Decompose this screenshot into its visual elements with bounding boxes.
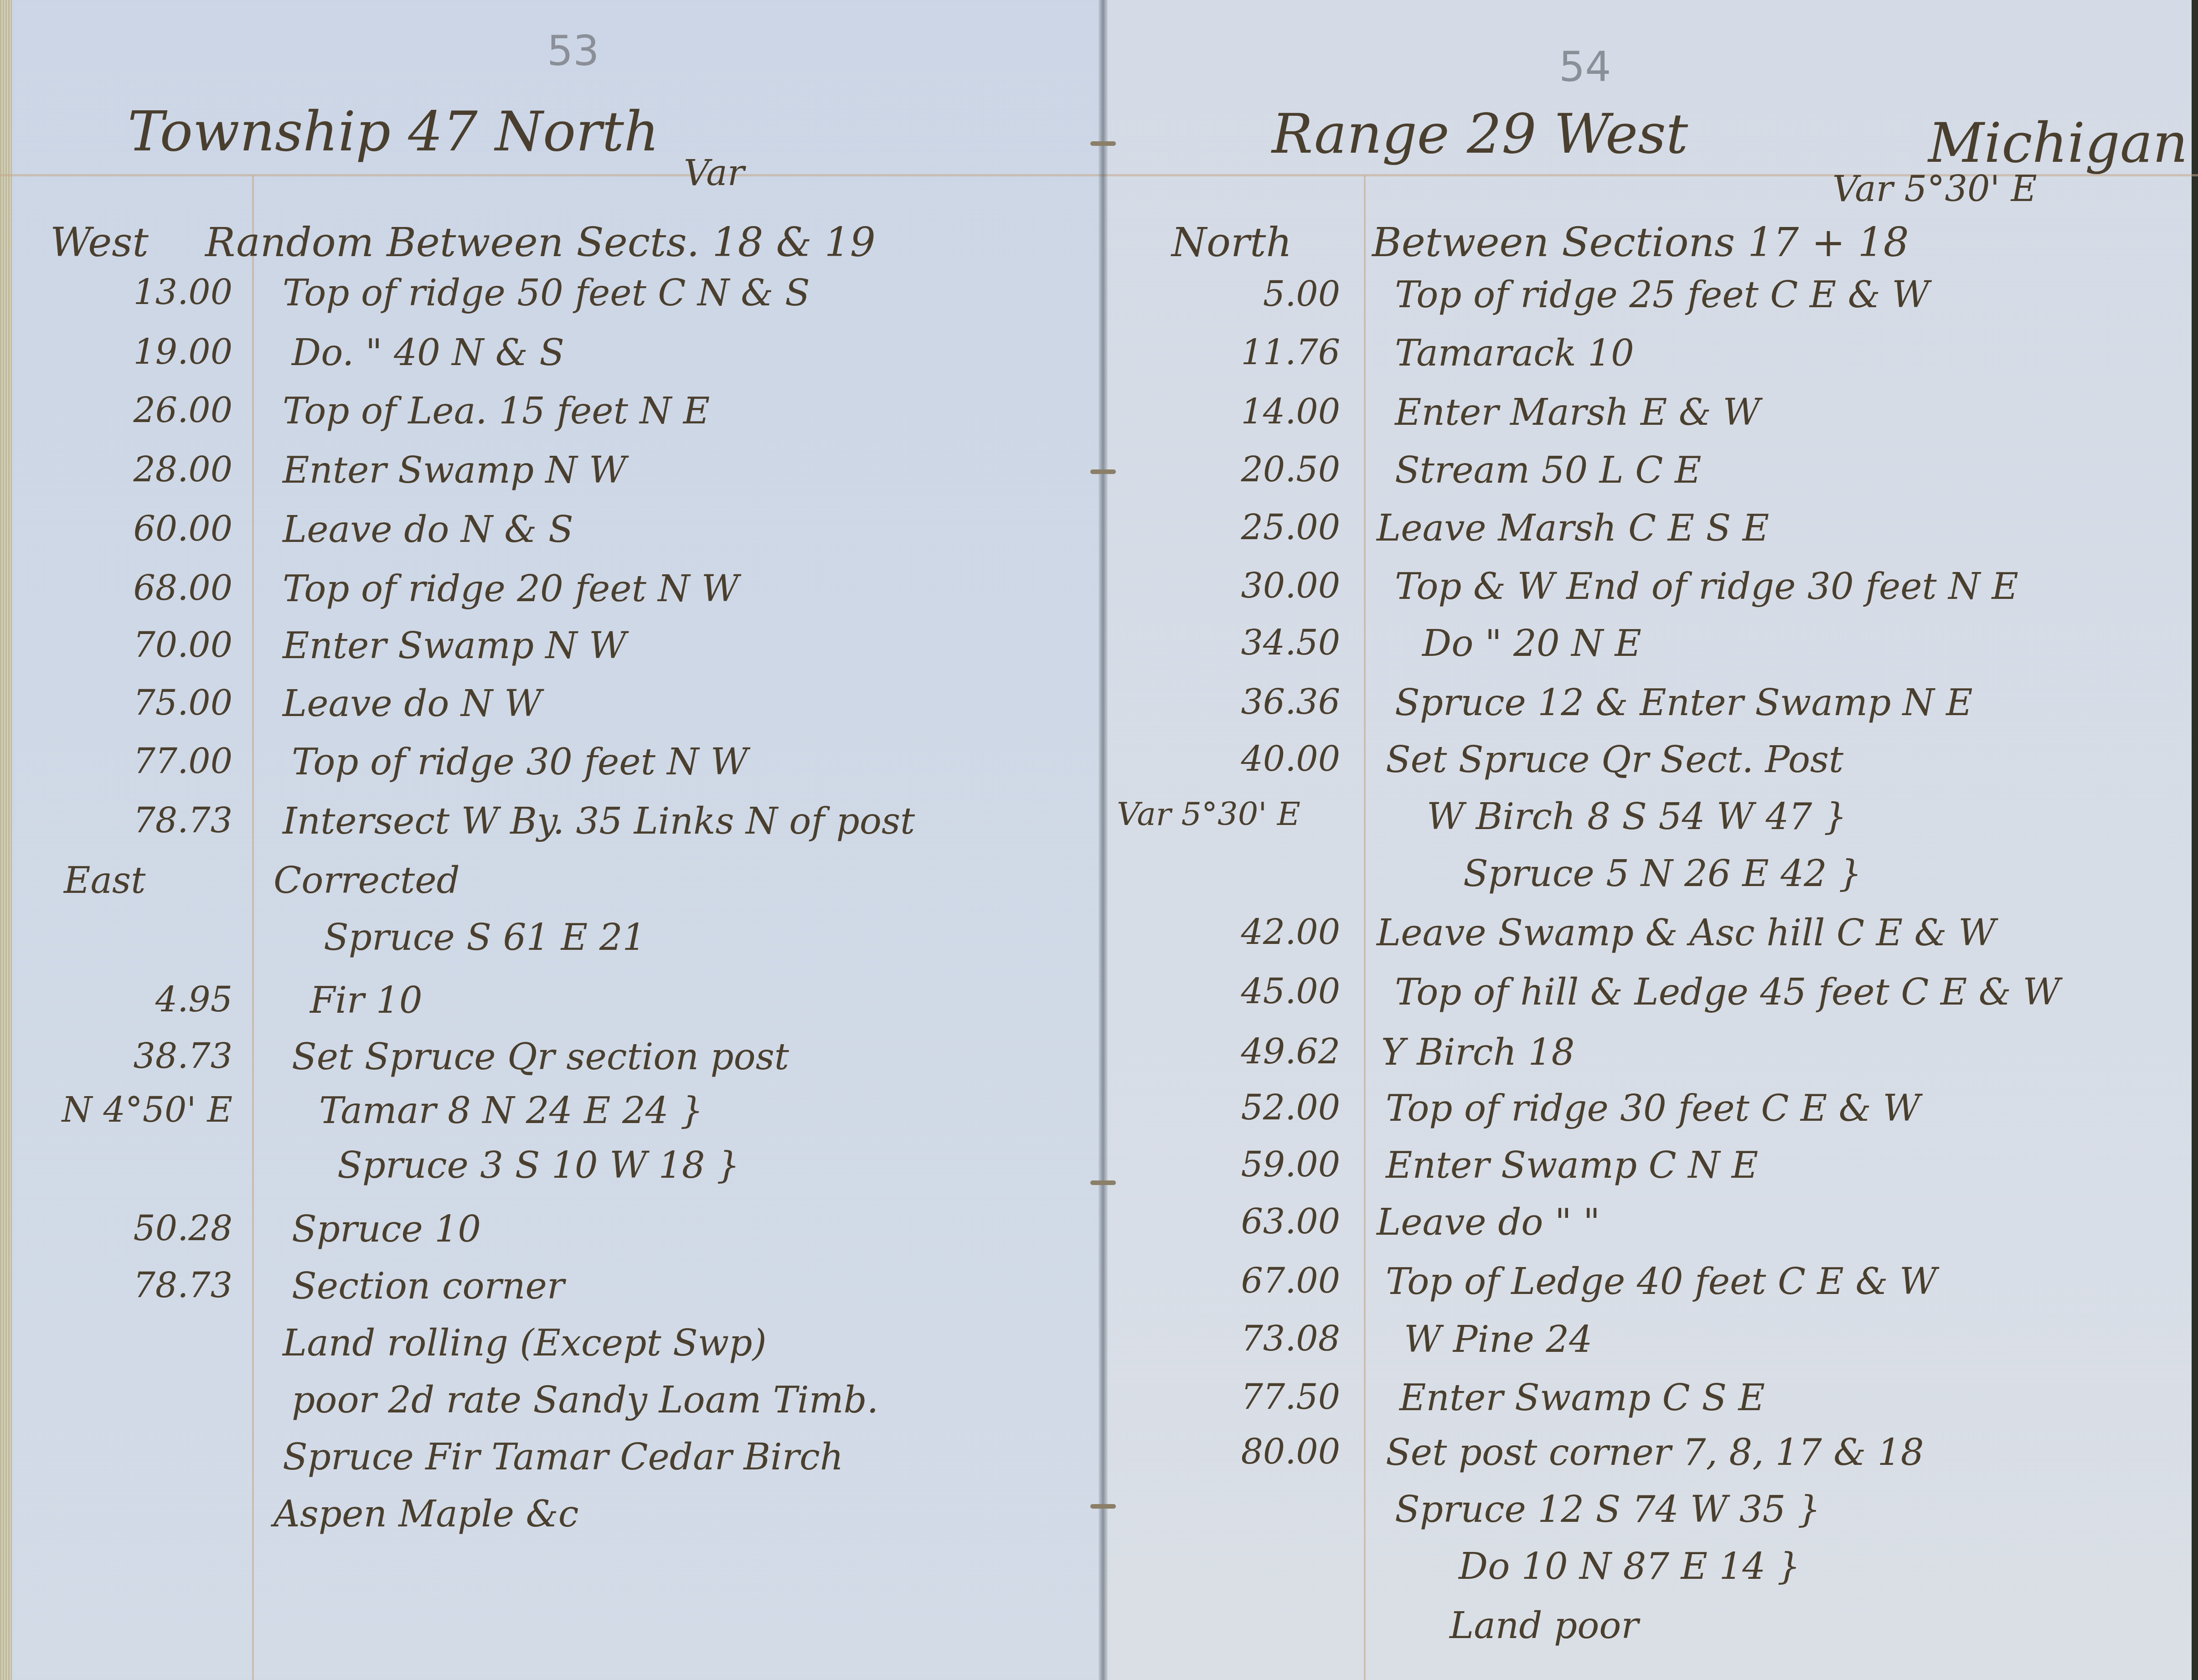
entry-chains: 38.73 — [41, 1036, 232, 1076]
entry-chains: 80.00 — [1149, 1431, 1340, 1472]
entry-chains: 52.00 — [1149, 1087, 1340, 1128]
remarks-line: poor 2d rate Sandy Loam Timb. — [292, 1379, 878, 1421]
page-title: Range 29 West — [1272, 103, 1688, 166]
entry-note: Do " 20 N E — [1422, 622, 1641, 665]
entry-note: Enter Swamp C S E — [1399, 1376, 1765, 1419]
entry-note: Intersect W By. 35 Links N of post — [283, 800, 915, 842]
entry-chains: 26.00 — [41, 390, 232, 430]
entry-note: Leave Swamp & Asc hill C E & W — [1377, 912, 1996, 954]
margin-rule — [252, 175, 254, 1680]
entry-note: Top of Lea. 15 feet N E — [283, 390, 710, 432]
entry-note: Do. " 40 N & S — [292, 331, 564, 374]
page-edge — [0, 0, 12, 1680]
entry-chains: 20.50 — [1149, 449, 1340, 490]
entry-note: Tamarack 10 — [1395, 332, 1634, 374]
header-rule — [0, 174, 1103, 176]
entry-note: Top of ridge 30 feet C E & W — [1386, 1087, 1920, 1129]
entry-chains: 67.00 — [1149, 1260, 1340, 1301]
entry-note: Enter Swamp C N E — [1386, 1144, 1758, 1186]
binding-stitch — [1090, 141, 1116, 146]
entry-note: Spruce 3 S 10 W 18 } — [337, 1144, 740, 1186]
state-label: Michigan — [1928, 112, 2188, 175]
entry-bearing: N 4°50' E — [41, 1089, 232, 1130]
entry-chains: 63.00 — [1149, 1201, 1340, 1242]
entry-chains: 59.00 — [1149, 1144, 1340, 1185]
entry-chains: 73.08 — [1149, 1318, 1340, 1359]
entry-note: Set Spruce Qr Sect. Post — [1386, 738, 1843, 781]
entry-note: W Birch 8 S 54 W 47 } — [1427, 795, 1847, 838]
line-header: Random Between Sects. 18 & 19 — [205, 219, 876, 266]
entry-note: Top of Ledge 40 feet C E & W — [1386, 1260, 1937, 1303]
variation-label: Var 5°30' E — [1832, 169, 2037, 210]
entry-chains: 25.00 — [1149, 507, 1340, 547]
entry-note: Spruce S 61 E 21 — [324, 916, 645, 959]
binding-stitch — [1090, 1504, 1116, 1509]
entry-chains: 19.00 — [41, 331, 232, 372]
entry-note: Top of ridge 25 feet C E & W — [1395, 273, 1930, 316]
entry-chains: 68.00 — [41, 567, 232, 608]
entry-note: Leave do N W — [283, 682, 542, 725]
page-number: 54 — [1559, 43, 1611, 91]
entry-direction: East — [64, 859, 145, 902]
entry-note: Top of ridge 20 feet N W — [283, 567, 739, 610]
entry-note: Spruce 5 N 26 E 42 } — [1463, 852, 1862, 895]
entry-chains: 60.00 — [41, 508, 232, 549]
binding-stitch — [1090, 1180, 1116, 1185]
entry-note: Enter Marsh E & W — [1395, 391, 1760, 433]
entry-note: Leave do " " — [1377, 1201, 1600, 1243]
variation-label: Var — [684, 153, 744, 194]
page-number: 53 — [547, 27, 599, 75]
entry-chains: 30.00 — [1149, 565, 1340, 606]
entry-note: Y Birch 18 — [1381, 1031, 1574, 1073]
entry-note: Top & W End of ridge 30 feet N E — [1395, 565, 2018, 608]
entry-chains: 45.00 — [1149, 971, 1340, 1011]
entry-chains: 4.95 — [41, 979, 232, 1020]
entry-note: Enter Swamp N W — [283, 624, 626, 667]
entry-note: Stream 50 L C E — [1395, 449, 1701, 491]
entry-bearing: Var 5°30' E — [1117, 795, 1300, 833]
book-spine — [1099, 0, 1108, 1680]
entry-chains: 13.00 — [41, 272, 232, 312]
entry-note: Set post corner 7, 8, 17 & 18 — [1386, 1431, 1924, 1474]
entry-note: Corrected — [273, 859, 460, 902]
entry-note: Set Spruce Qr section post — [292, 1036, 789, 1078]
entry-note: Section corner — [292, 1265, 564, 1307]
entry-note: Fir 10 — [310, 979, 423, 1021]
page-title: Township 47 North — [128, 100, 659, 164]
entry-note: Spruce 10 — [292, 1208, 481, 1250]
field-notebook-spread: 53 Township 47 North Var West Random Bet… — [0, 0, 2198, 1680]
entry-chains: 42.00 — [1149, 912, 1340, 952]
entry-note: Leave do N & S — [283, 508, 573, 551]
entry-chains: 11.76 — [1149, 332, 1340, 372]
line-direction: North — [1171, 219, 1292, 266]
entry-chains: 34.50 — [1149, 622, 1340, 663]
entry-note: W Pine 24 — [1404, 1318, 1592, 1360]
entry-chains: 14.00 — [1149, 391, 1340, 432]
line-direction: West — [50, 219, 149, 266]
witness-tree: Spruce 12 S 74 W 35 } — [1395, 1488, 1821, 1531]
entry-note: Tamar 8 N 24 E 24 } — [319, 1089, 703, 1132]
entry-note: Leave Marsh C E S E — [1377, 507, 1769, 549]
entry-chains: 36.36 — [1149, 681, 1340, 722]
entry-chains: 50.28 — [41, 1208, 232, 1248]
remarks-line: Spruce Fir Tamar Cedar Birch — [283, 1436, 843, 1478]
entry-chains: 5.00 — [1149, 273, 1340, 314]
entry-chains: 75.00 — [41, 682, 232, 723]
remarks-line: Aspen Maple &c — [273, 1493, 579, 1535]
remarks-line: Land rolling (Except Swp) — [283, 1322, 767, 1364]
entry-chains: 40.00 — [1149, 738, 1340, 779]
entry-chains: 78.73 — [41, 800, 232, 840]
witness-tree: Do 10 N 87 E 14 } — [1459, 1545, 1801, 1587]
entry-note: Top of hill & Ledge 45 feet C E & W — [1395, 971, 2060, 1013]
entry-note: Top of ridge 30 feet N W — [292, 741, 748, 783]
entry-note: Spruce 12 & Enter Swamp N E — [1395, 681, 1973, 724]
entry-chains: 77.00 — [41, 741, 232, 781]
entry-chains: 49.62 — [1149, 1031, 1340, 1072]
binding-stitch — [1090, 469, 1116, 474]
right-page: 54 Range 29 West Michigan Var 5°30' E No… — [1103, 0, 2198, 1680]
entry-chains: 70.00 — [41, 624, 232, 665]
entry-note: Enter Swamp N W — [283, 449, 626, 491]
left-page: 53 Township 47 North Var West Random Bet… — [0, 0, 1103, 1680]
margin-rule — [1364, 175, 1366, 1680]
entry-note: Top of ridge 50 feet C N & S — [283, 272, 810, 314]
entry-chains: 78.73 — [41, 1265, 232, 1305]
entry-chains: 28.00 — [41, 449, 232, 490]
remarks-line: Land poor — [1450, 1604, 1639, 1647]
entry-chains: 77.50 — [1149, 1376, 1340, 1417]
line-header: Between Sections 17 + 18 — [1372, 219, 1909, 266]
